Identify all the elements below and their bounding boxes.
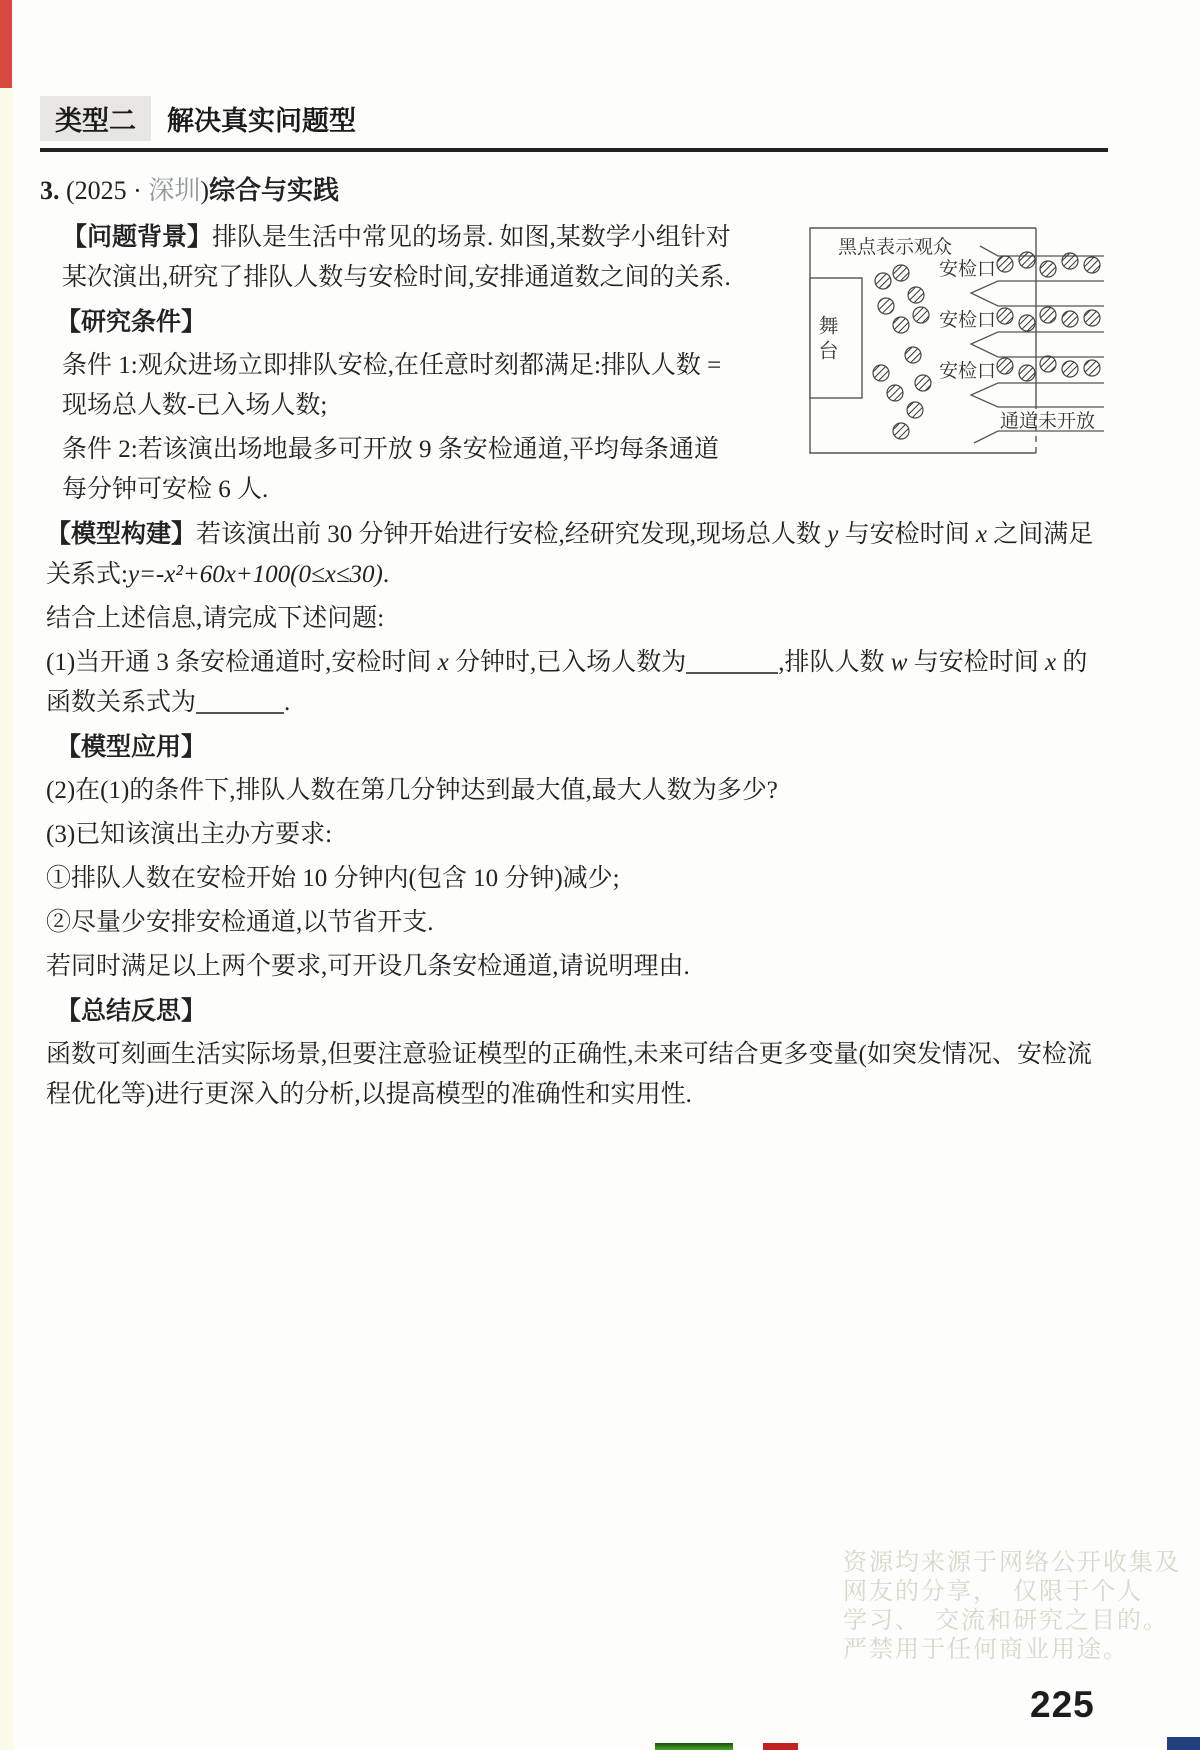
queue-diagram-svg: 舞台 黑点表示观众 安检口 安检口 安检口 通道未开放	[808, 203, 1108, 461]
problem-number: 3.	[40, 176, 60, 205]
question-3: (3)已知该演出主办方要求:	[40, 815, 1108, 855]
source-open: (2025 ·	[66, 176, 148, 205]
page-number: 225	[1030, 1684, 1095, 1726]
model-build-text-2: 与安检时间	[838, 521, 976, 548]
page-content: 类型二 解决真实问题型 3. (2025 · 深圳)综合与实践 舞台 黑点表示	[40, 96, 1108, 1119]
reflect-paragraph: 函数可刻画生活实际场景,但要注意验证模型的正确性,未来可结合更多变量(如突发情况…	[40, 1035, 1108, 1115]
section-header: 类型二 解决真实问题型	[40, 96, 1108, 152]
closed-channel-label: 通道未开放	[1000, 410, 1095, 432]
watermark-line-2: 网友的分享， 仅限于个人	[843, 1578, 1181, 1607]
model-build-tag: 【模型构建】	[46, 520, 196, 548]
requirement-2: ②尽量少安排安检通道,以节省开支.	[40, 903, 1108, 943]
q1-text-2: 分钟时,已入场人数为	[449, 649, 687, 676]
model-formula: y=-x²+60x+100(0≤x≤30)	[128, 561, 383, 588]
book-page: 类型二 解决真实问题型 3. (2025 · 深圳)综合与实践 舞台 黑点表示	[0, 0, 1200, 1750]
lane-barrier-bottom	[974, 431, 1104, 443]
model-build-text-1: 若该演出前 30 分钟开始进行安检,经研究发现,现场总人数	[196, 521, 827, 548]
watermark-line-3: 学习、 交流和研究之目的。	[843, 1607, 1181, 1636]
math-var-x: x	[976, 521, 987, 548]
question-2: (2)在(1)的条件下,排队人数在第几分钟达到最大值,最大人数为多少?	[40, 771, 1108, 811]
reflect-heading: 【总结反思】	[40, 991, 1108, 1031]
lane-barrier-2	[971, 332, 1104, 357]
source-city: 深圳	[148, 176, 200, 205]
q1-text-6: .	[284, 689, 290, 716]
q1-text-3: ,排队人数	[778, 649, 891, 676]
section-title: 解决真实问题型	[167, 99, 356, 138]
lane-barrier-3	[971, 383, 1104, 407]
watermark: 资源均来源于网络公开收集及 网友的分享， 仅限于个人 学习、 交流和研究之目的。…	[843, 1549, 1181, 1665]
watermark-line-1: 资源均来源于网络公开收集及	[843, 1549, 1181, 1578]
problem-type: 综合与实践	[209, 175, 339, 205]
gate-label-3: 安检口	[939, 360, 996, 382]
audience-dots-lane-2	[997, 307, 1100, 331]
q1-text-4: 与安检时间	[907, 649, 1045, 676]
math-var-w: w	[891, 649, 908, 676]
watermark-line-4: 严禁用于任何商业用途。	[843, 1636, 1181, 1665]
security-check-diagram: 舞台 黑点表示观众 安检口 安检口 安检口 通道未开放	[808, 203, 1108, 461]
audience-dots-plaza	[873, 265, 931, 439]
requirement-1: ①排队人数在安检开始 10 分钟内(包含 10 分钟)减少;	[40, 859, 1108, 899]
math-var-x: x	[438, 649, 449, 676]
legend-label: 黑点表示观众	[838, 236, 952, 258]
bottom-green-mark	[655, 1743, 733, 1750]
stage-label: 舞台	[815, 315, 838, 365]
model-build-paragraph: 【模型构建】若该演出前 30 分钟开始进行安检,经研究发现,现场总人数 y 与安…	[40, 514, 1108, 595]
bottom-red-mark	[763, 1743, 798, 1750]
source-close: )	[200, 176, 209, 205]
background-tag: 【问题背景】	[62, 223, 212, 251]
lane-barrier-top	[980, 246, 1104, 256]
lead-in-line: 结合上述信息,请完成下述问题:	[40, 599, 1108, 639]
answer-blank-entered-count	[686, 646, 778, 674]
bottom-navy-mark	[1167, 1737, 1200, 1750]
question-1: (1)当开通 3 条安检通道时,安检时间 x 分钟时,已入场人数为,排队人数 w…	[40, 643, 1108, 723]
audience-dots-lane-3	[997, 356, 1100, 381]
red-edge-mark	[0, 0, 12, 88]
page-edge-strip	[0, 0, 13, 1750]
q1-text-1: (1)当开通 3 条安检通道时,安检时间	[46, 649, 438, 676]
question-3-conclusion: 若同时满足以上两个要求,可开设几条安检通道,请说明理由.	[40, 947, 1108, 987]
math-var-x: x	[1045, 649, 1056, 676]
gate-label-1: 安检口	[939, 258, 996, 280]
model-build-text-4: .	[383, 561, 389, 588]
answer-blank-function	[196, 686, 284, 714]
math-var-y: y	[827, 521, 838, 548]
model-apply-heading: 【模型应用】	[40, 727, 1108, 767]
gate-label-2: 安检口	[939, 309, 996, 331]
type-tag: 类型二	[40, 96, 151, 141]
lane-barrier-1	[971, 281, 1104, 306]
